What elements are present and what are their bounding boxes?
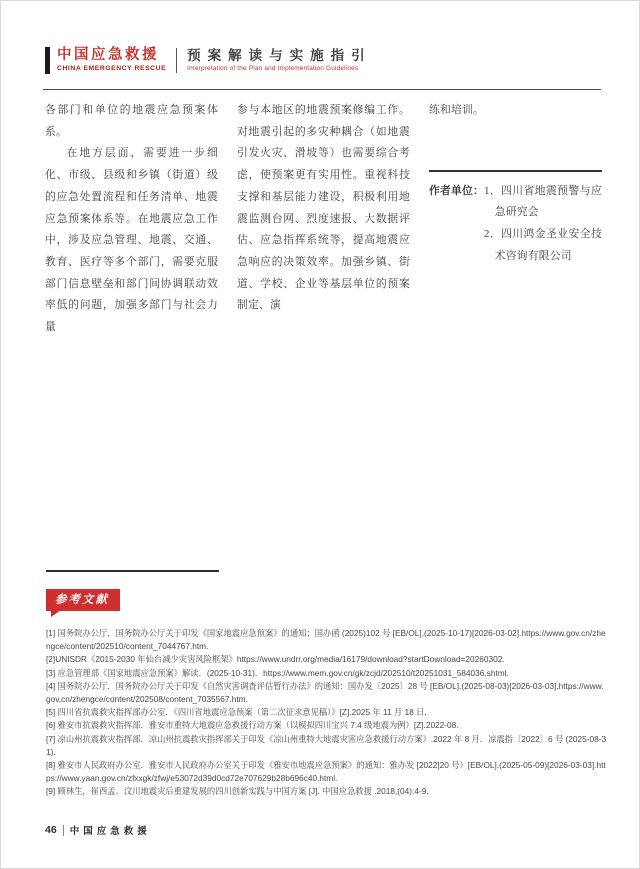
- section-title-block: 预案解读与实施指引 Interpretation of the Plan and…: [187, 47, 372, 74]
- reference-item: [5] 四川省抗震救灾指挥部办公室．《四川省地震应急预案（第二次征求意见稿）》[…: [46, 706, 608, 719]
- references-rule: [46, 570, 219, 572]
- author-affiliation: 作者单位： 1．四川省地震预警与应急研究会 2．四川鸿金圣业安全技术咨询有限公司: [429, 181, 602, 268]
- reference-item: [2]UNISDR《2015-2030 年仙台减少灾害风险框架》https://…: [46, 653, 608, 666]
- author-item: 1．四川省地震预警与应急研究会: [484, 181, 602, 224]
- article-column-2: 参与本地区的地震预案修编工作。对地震引起的多灾种耦合（如地震引发火灾、滑坡等）也…: [237, 100, 410, 339]
- paragraph: 在地方层面，需要进一步细化、市级、县级和乡镇（街道）级的应急处置流程和任务清单、…: [45, 143, 218, 338]
- page-footer: 46 中国应急救援: [45, 823, 151, 837]
- reference-item: [4] 国务院办公厅．国务院办公厅关于印发《自然灾害调查评估暂行办法》的通知：国…: [46, 680, 608, 706]
- reference-item: [9] 顾林生，崔西孟．汶川地震灾后重建发展的四川创新实践与中国方案 [J]. …: [46, 785, 608, 798]
- author-item: 2．四川鸿金圣业安全技术咨询有限公司: [484, 224, 602, 267]
- section-title-cn: 预案解读与实施指引: [187, 47, 372, 64]
- article-body: 各部门和单位的地震应急预案体系。 在地方层面，需要进一步细化、市级、县级和乡镇（…: [45, 100, 602, 339]
- journal-name: 中国应急救援: [70, 823, 151, 837]
- article-column-3: 练和培训。 作者单位： 1．四川省地震预警与应急研究会 2．四川鸿金圣业安全技术…: [429, 100, 602, 339]
- header-divider: [176, 48, 177, 73]
- footer-divider: [63, 825, 64, 836]
- references-badge: 参考文献: [46, 589, 120, 611]
- brand-logo: 中国应急救援 CHINA EMERGENCY RESCUE: [57, 47, 166, 74]
- reference-item: [6] 雅安市抗震救灾指挥部．雅安市重特大地震应急救援行动方案（以模拟四川宝兴 …: [46, 719, 608, 732]
- paragraph: 各部门和单位的地震应急预案体系。: [45, 100, 218, 143]
- author-items: 1．四川省地震预警与应急研究会 2．四川鸿金圣业安全技术咨询有限公司: [484, 181, 602, 268]
- brand-bar: [45, 47, 50, 74]
- header-rule: [43, 89, 601, 90]
- page-number: 46: [45, 824, 57, 836]
- author-rule: [429, 170, 602, 172]
- references-list: [1] 国务院办公厅．国务院办公厅关于印发《国家地震应急预案》的通知：国办函 (…: [46, 627, 608, 799]
- author-label: 作者单位：: [429, 181, 484, 268]
- brand-title-en: CHINA EMERGENCY RESCUE: [57, 64, 166, 74]
- paragraph: 练和培训。: [429, 100, 602, 122]
- article-column-1: 各部门和单位的地震应急预案体系。 在地方层面，需要进一步细化、市级、县级和乡镇（…: [45, 100, 218, 339]
- reference-item: [1] 国务院办公厅．国务院办公厅关于印发《国家地震应急预案》的通知：国办函 (…: [46, 627, 608, 653]
- page-header: 中国应急救援 CHINA EMERGENCY RESCUE 预案解读与实施指引 …: [45, 47, 372, 74]
- section-title-en: Interpretation of the Plan and Implement…: [187, 64, 372, 74]
- reference-item: [7] 凉山州抗震救灾指挥部．凉山州抗震救灾指挥部关于印发《凉山州重特大地震灾害…: [46, 733, 608, 759]
- paragraph: 参与本地区的地震预案修编工作。对地震引起的多灾种耦合（如地震引发火灾、滑坡等）也…: [237, 100, 410, 317]
- journal-page: 中国应急救援 CHINA EMERGENCY RESCUE 预案解读与实施指引 …: [0, 0, 640, 869]
- reference-item: [8] 雅安市人民政府办公室．雅安市人民政府办公室关于印发《雅安市地震应急预案》…: [46, 759, 608, 785]
- brand-title-cn: 中国应急救援: [57, 47, 166, 64]
- reference-item: [3] 应急管理部《国家地震应急预案》解读．(2025-10-31)．https…: [46, 667, 608, 680]
